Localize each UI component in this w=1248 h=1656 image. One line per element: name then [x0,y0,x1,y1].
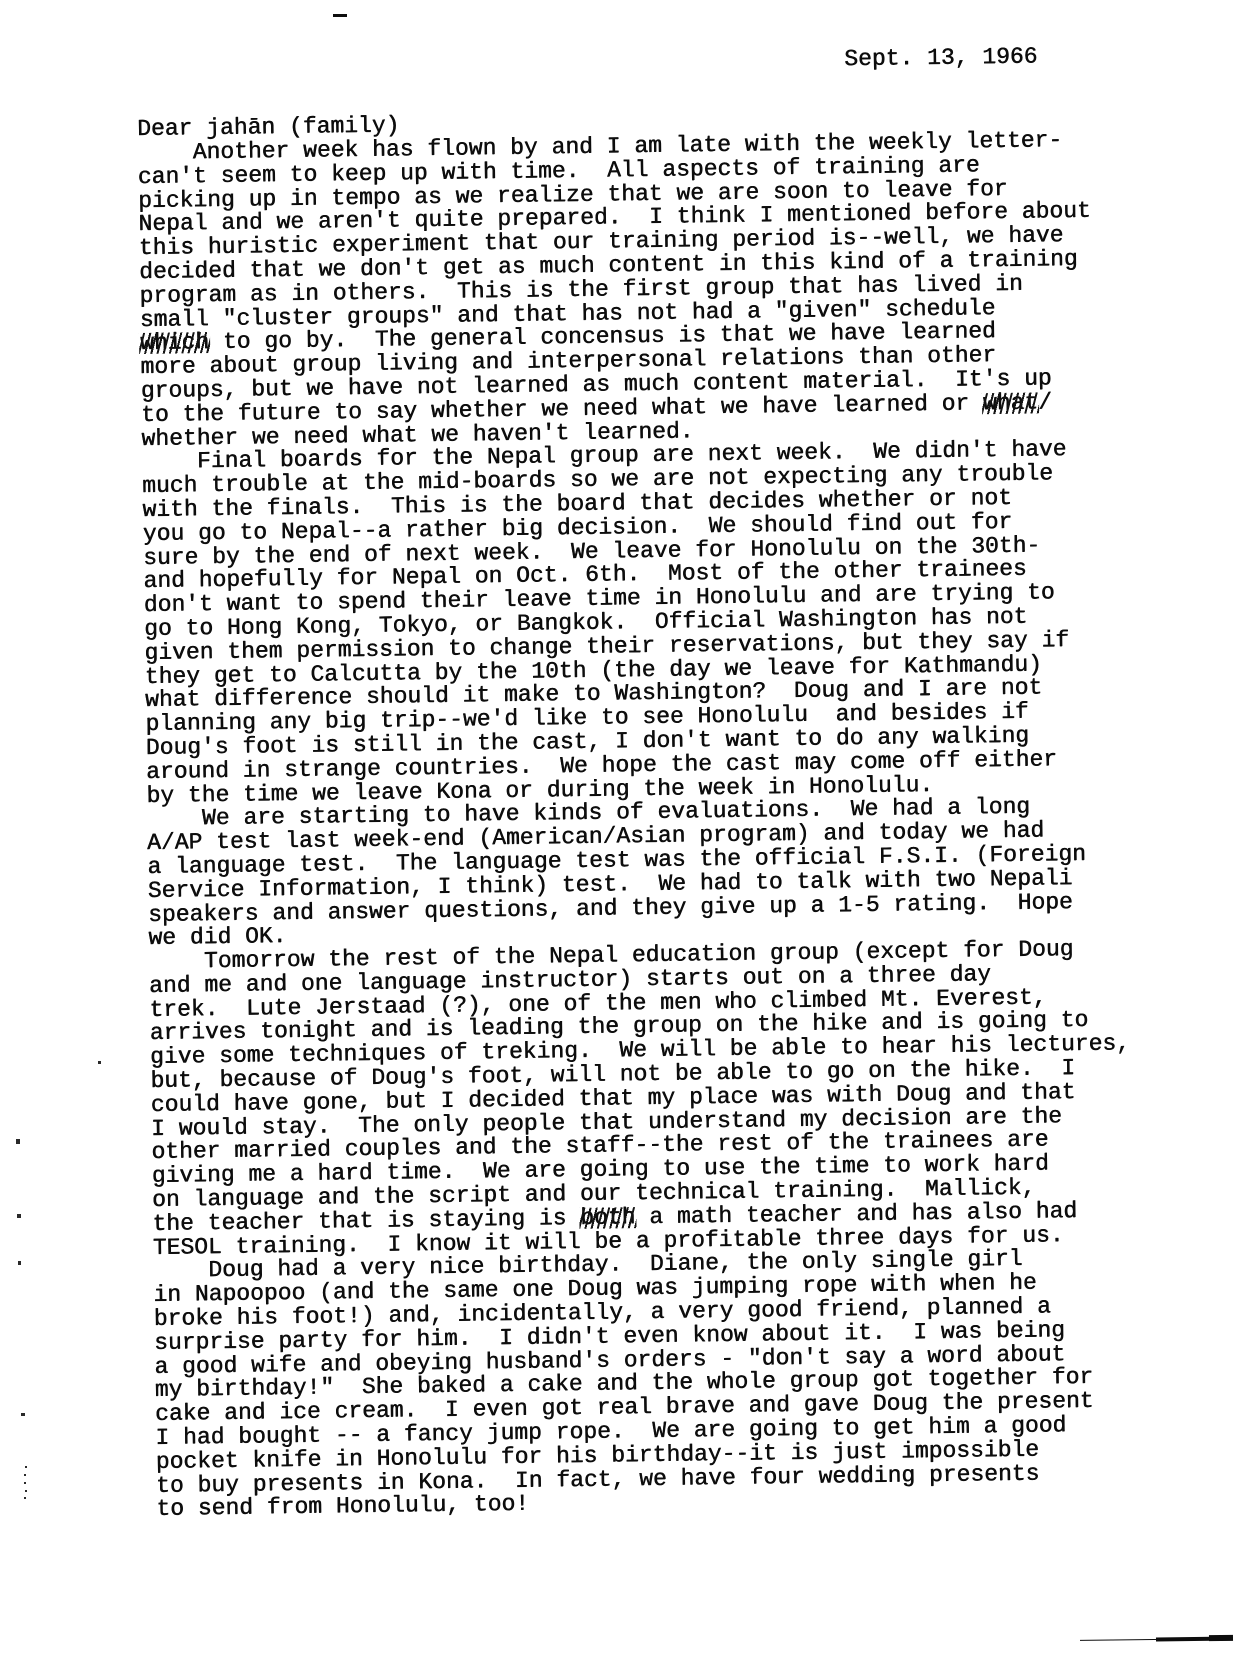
letter-body: Another week has flown by and I am late … [137,128,1136,1522]
body-segment-4: a math teacher and has also had TESOL tr… [153,1198,1094,1522]
scan-speck [21,1413,25,1416]
scan-speck [98,1061,101,1064]
letter-date: Sept. 13, 1966 [844,45,1038,71]
scan-speck [18,1261,21,1265]
struck-word-which: which [140,331,209,356]
scan-speck [24,1497,26,1499]
struck-word-both: both [580,1206,636,1231]
scan-speck [17,1214,21,1218]
body-segment-2: to go by. The general concensus is that … [140,318,1052,427]
scan-speck [16,1139,20,1144]
scanned-letter: Sept. 13, 1966 Dear jahān (family) Anoth… [0,0,1248,1656]
scan-speck [24,1482,26,1484]
body-segment-3: / whether we need what we haven't learne… [141,389,1130,1237]
scan-speck [25,1466,27,1468]
scan-speck [24,1474,26,1476]
struck-word-what: what [983,391,1039,416]
scan-artifact-line [1209,1635,1233,1641]
scan-speck [25,1490,27,1492]
body-segment-1: Another week has flown by and I am late … [137,127,1091,332]
letter-page: Sept. 13, 1966 Dear jahān (family) Anoth… [0,0,1248,1656]
